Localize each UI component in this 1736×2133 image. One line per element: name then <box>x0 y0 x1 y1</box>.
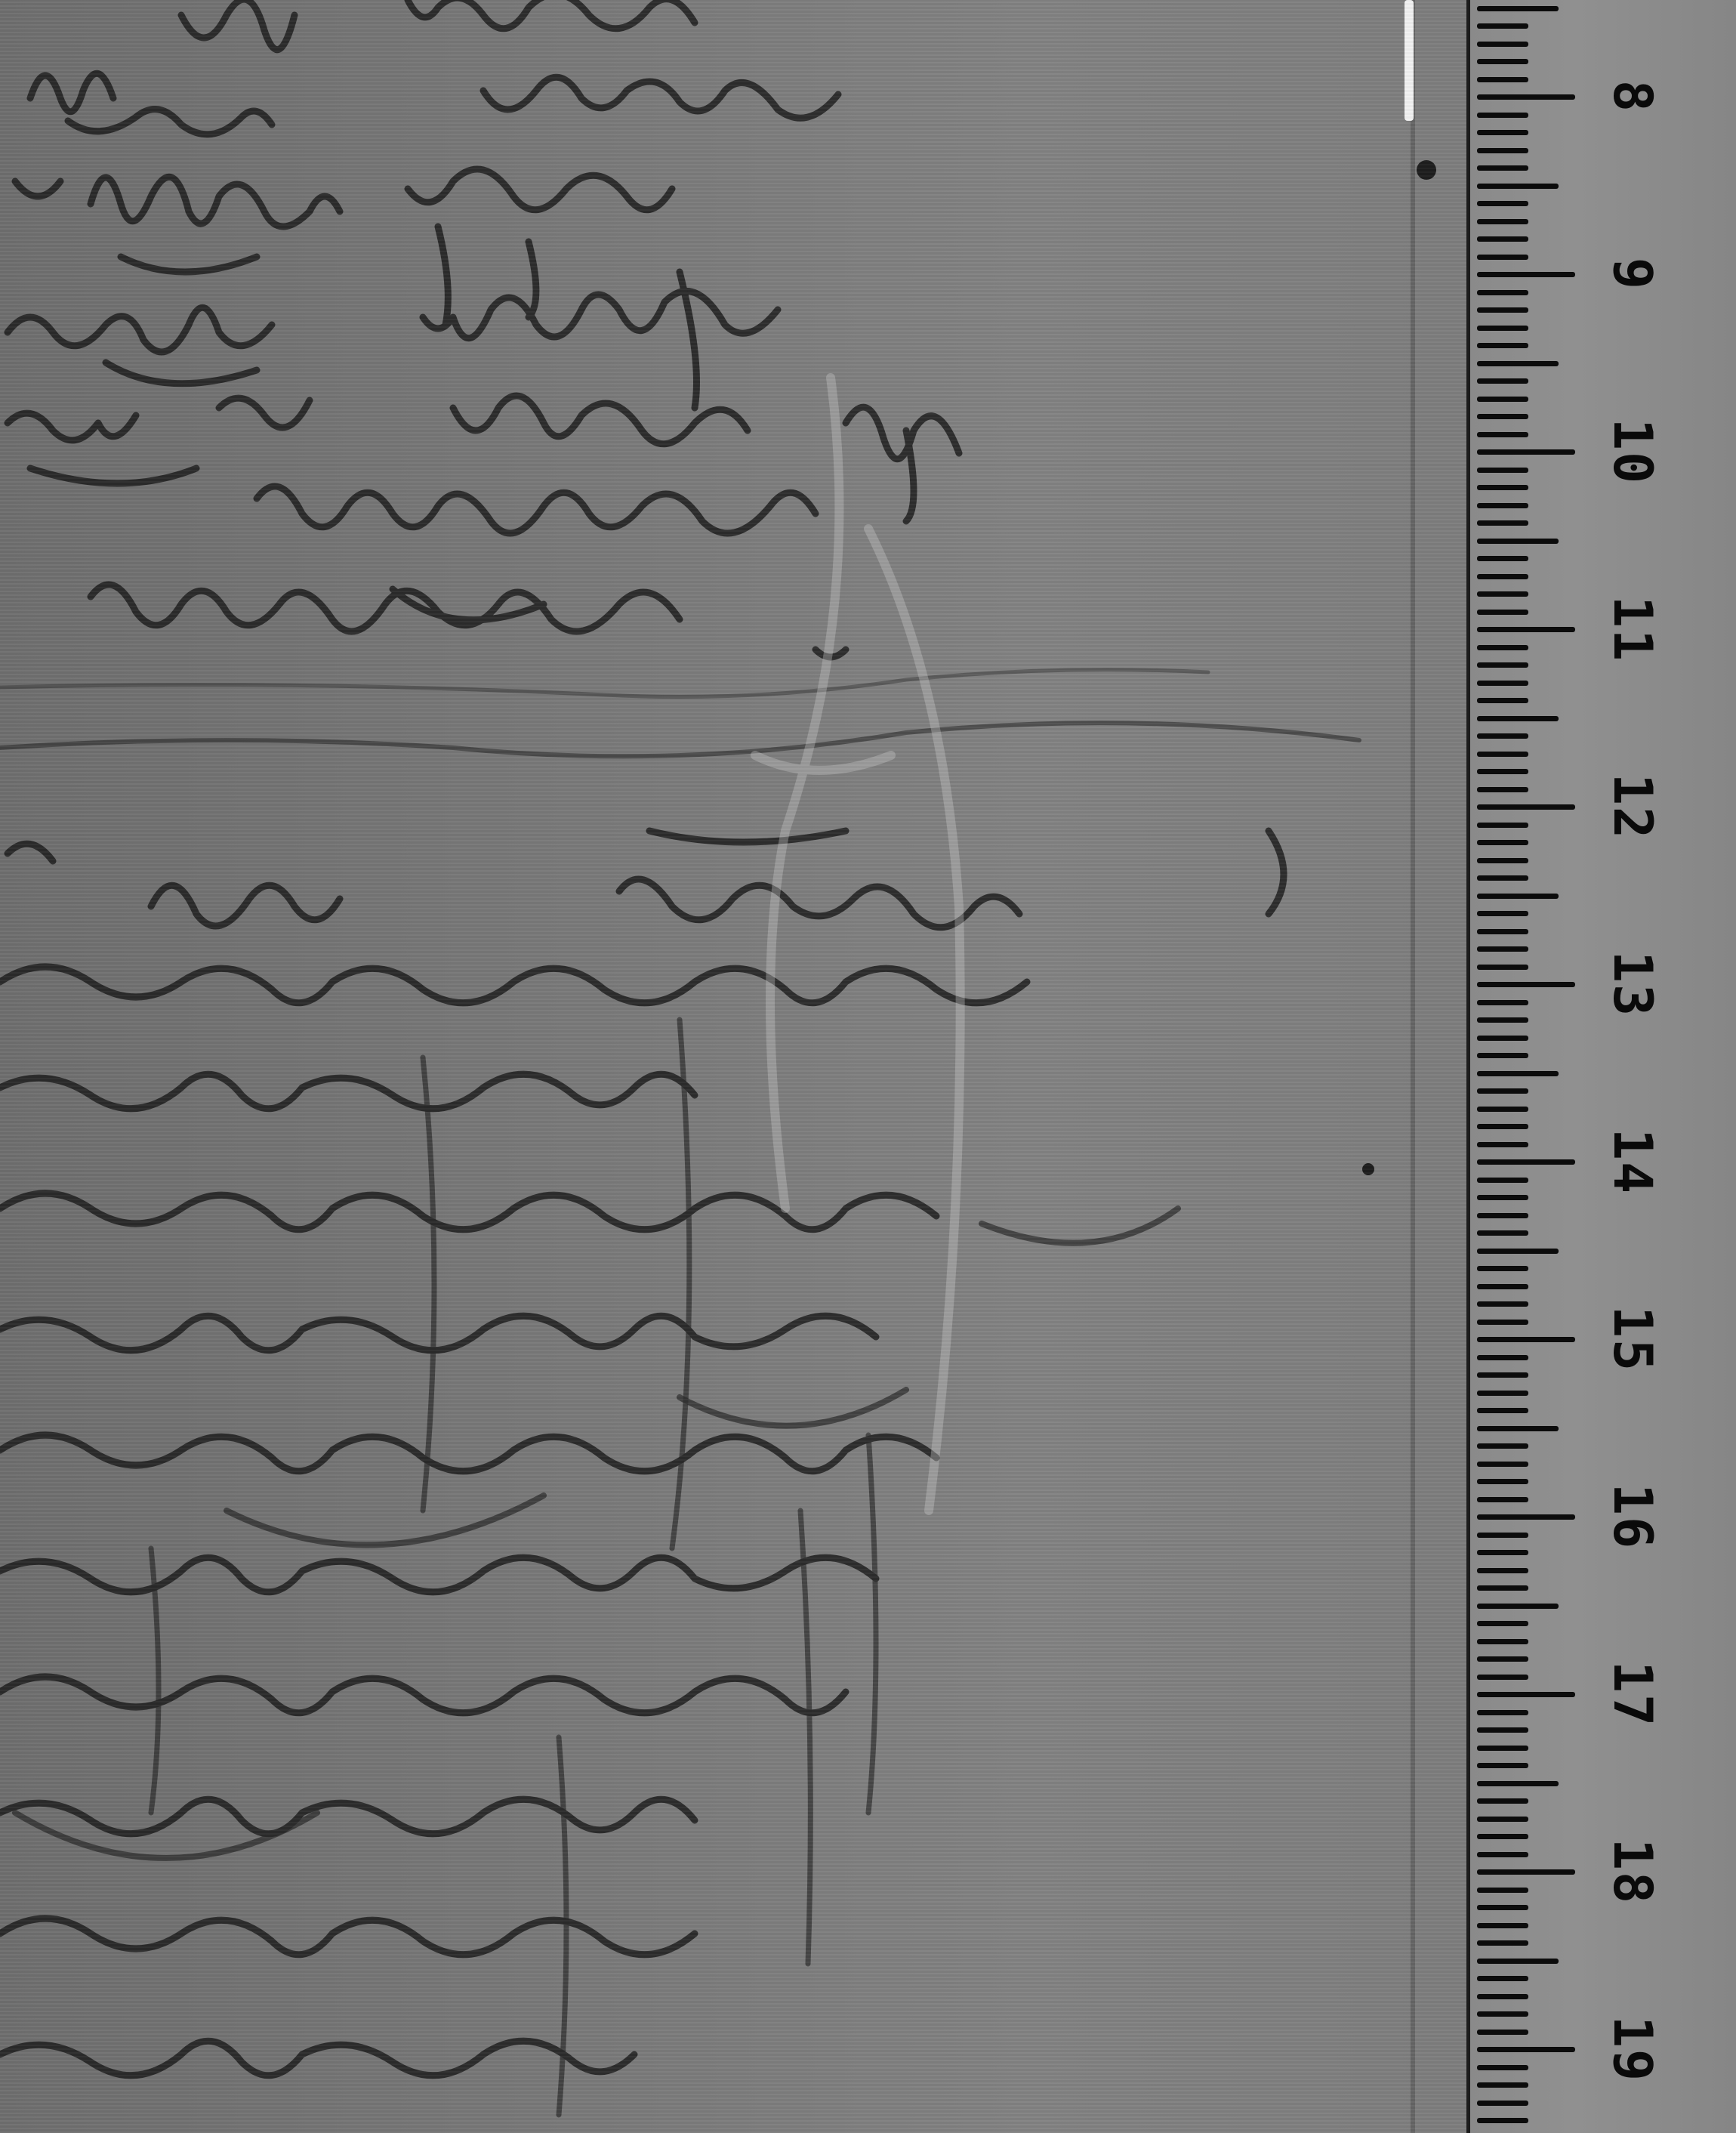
ruler-tick <box>1477 2101 1528 2106</box>
ruler-tick <box>1477 2030 1528 2035</box>
ruler-tick <box>1477 2047 1575 2052</box>
ruler-tick <box>1477 1053 1528 1058</box>
ruler-label: 12 <box>1610 769 1655 844</box>
ruler-label: 9 <box>1610 236 1655 312</box>
ruler-tick <box>1477 520 1528 526</box>
ruler-tick <box>1477 1479 1528 1484</box>
ruler-tick <box>1477 1568 1528 1573</box>
ruler-tick <box>1477 201 1528 206</box>
ruler-tick <box>1477 1195 1528 1200</box>
ruler-tick <box>1477 1213 1528 1218</box>
ruler-label: 16 <box>1610 1479 1655 1554</box>
ruler-tick <box>1477 272 1575 277</box>
ruler-tick <box>1477 94 1575 100</box>
ruler-tick <box>1477 840 1528 845</box>
ruler-tick <box>1477 1533 1528 1538</box>
ruler-tick <box>1477 1462 1528 1467</box>
ruler-tick <box>1477 698 1528 703</box>
ruler-tick <box>1477 946 1528 952</box>
ruler-tick <box>1477 255 1528 260</box>
ruler-tick <box>1477 1301 1528 1307</box>
ruler-tick <box>1477 485 1528 490</box>
ruler-tick <box>1477 1159 1575 1165</box>
ruler-tick <box>1477 219 1528 224</box>
ruler-tick <box>1477 1391 1528 1396</box>
ruler-tick <box>1477 2065 1528 2070</box>
page-crease <box>1411 0 1415 2133</box>
ruler-tick <box>1477 539 1559 544</box>
ruler-tick <box>1477 2011 1528 2017</box>
ruler-tick <box>1477 1834 1528 1839</box>
ruler-tick <box>1477 1124 1528 1129</box>
ruler-tick <box>1477 894 1559 899</box>
ruler-tick <box>1477 42 1528 47</box>
ruler-tick <box>1477 1727 1528 1733</box>
ruler-tick <box>1477 1905 1528 1910</box>
ruler-tick <box>1477 1675 1528 1680</box>
ruler-tick <box>1477 432 1528 437</box>
ruler-tick <box>1477 1230 1528 1236</box>
ruler-tick <box>1477 929 1528 934</box>
ruler-tick <box>1477 1781 1559 1786</box>
ruler-tick <box>1477 184 1559 189</box>
ruler-tick <box>1477 769 1528 774</box>
ruler-label: 17 <box>1610 1656 1655 1732</box>
ruler-tick <box>1477 326 1528 331</box>
ruler-tick <box>1477 681 1528 686</box>
ruler-tick <box>1477 77 1528 82</box>
ruler-tick <box>1477 1817 1528 1822</box>
ruler-tick <box>1477 414 1528 419</box>
ruler-tick <box>1477 1514 1575 1520</box>
ruler-label: 8 <box>1610 59 1655 134</box>
ruler-tick <box>1477 1692 1575 1697</box>
ruler-tick <box>1477 1000 1528 1005</box>
ruler-tick <box>1477 911 1528 916</box>
ruler-label: 19 <box>1610 2011 1655 2087</box>
ruler-tick <box>1477 1585 1528 1591</box>
ruler-label: 15 <box>1610 1301 1655 1377</box>
ruler-tick <box>1477 1107 1528 1112</box>
ruler-tick <box>1477 1337 1575 1342</box>
ruler-tick <box>1477 1284 1528 1289</box>
ruler-tick <box>1477 1888 1528 1893</box>
ruler-tick <box>1477 1923 1528 1928</box>
ruler-tick <box>1477 1443 1528 1449</box>
ruler-tick <box>1477 1142 1528 1147</box>
ruler-tick <box>1477 1088 1528 1094</box>
ruler-label: 10 <box>1610 414 1655 489</box>
ruler-tick <box>1477 610 1528 615</box>
ruler-tick <box>1477 823 1528 828</box>
ruler-tick <box>1477 1266 1528 1271</box>
ruler-label: 18 <box>1610 1834 1655 1909</box>
ruler-tick <box>1477 6 1559 11</box>
ruler-tick <box>1477 290 1528 295</box>
manuscript-page <box>0 0 1466 2133</box>
handwritten-script <box>0 0 1466 2133</box>
ruler-tick <box>1477 1746 1528 1751</box>
ruler-label: 11 <box>1610 591 1655 667</box>
ruler-tick <box>1477 1017 1528 1023</box>
ruler-tick <box>1477 468 1528 473</box>
ruler-edge <box>1466 0 1470 2133</box>
ruler-tick <box>1477 1976 1528 1981</box>
scratch-mark <box>1405 0 1414 121</box>
ruler-tick <box>1477 662 1528 668</box>
measuring-ruler: 8910111213141516171819 <box>1466 0 1736 2133</box>
ruler-tick <box>1477 343 1528 348</box>
ruler-tick <box>1477 397 1528 402</box>
ruler-tick <box>1477 1426 1559 1431</box>
ruler-tick <box>1477 23 1528 29</box>
ruler-label: 13 <box>1610 946 1655 1022</box>
ruler-tick <box>1477 113 1528 118</box>
ruler-tick <box>1477 449 1575 455</box>
ruler-tick <box>1477 858 1528 863</box>
ruler-tick <box>1477 1710 1528 1715</box>
ruler-tick <box>1477 148 1528 153</box>
ruler-tick <box>1477 645 1528 650</box>
ruler-tick <box>1477 59 1528 64</box>
ruler-tick <box>1477 556 1528 561</box>
ruler-tick <box>1477 1355 1528 1360</box>
ruler-tick <box>1477 1869 1575 1875</box>
ruler-tick <box>1477 1408 1528 1413</box>
ruler-tick <box>1477 2082 1528 2088</box>
ruler-tick <box>1477 716 1559 721</box>
ruler-tick <box>1477 1994 1528 1999</box>
ruler-tick <box>1477 1798 1528 1804</box>
ruler-tick <box>1477 787 1528 792</box>
ruler-tick <box>1477 1178 1528 1183</box>
ink-spot <box>1362 1163 1374 1175</box>
ruler-tick <box>1477 1621 1528 1626</box>
ruler-tick <box>1477 875 1528 881</box>
ruler-tick <box>1477 1656 1528 1662</box>
ruler-tick <box>1477 804 1575 810</box>
ruler-tick <box>1477 503 1528 508</box>
ruler-tick <box>1477 1959 1559 1964</box>
ruler-tick <box>1477 1320 1528 1325</box>
ruler-tick <box>1477 1639 1528 1644</box>
ruler-tick <box>1477 165 1528 171</box>
ruler-tick <box>1477 1940 1528 1946</box>
ink-spot <box>1417 160 1436 180</box>
ruler-tick <box>1477 361 1559 366</box>
ruler-tick <box>1477 1763 1528 1768</box>
ruler-label: 14 <box>1610 1124 1655 1199</box>
ruler-tick <box>1477 591 1528 597</box>
ruler-tick <box>1477 627 1575 632</box>
ruler-tick <box>1477 1852 1528 1857</box>
ruler-tick <box>1477 1550 1528 1555</box>
ruler-tick <box>1477 965 1528 970</box>
ruler-tick <box>1477 752 1528 757</box>
ruler-tick <box>1477 982 1575 987</box>
ruler-tick <box>1477 1249 1559 1254</box>
ruler-tick <box>1477 1071 1559 1076</box>
ruler-tick <box>1477 574 1528 579</box>
ruler-tick <box>1477 130 1528 135</box>
ruler-tick <box>1477 1036 1528 1041</box>
ruler-tick <box>1477 1497 1528 1502</box>
ruler-tick <box>1477 307 1528 313</box>
ruler-tick <box>1477 2118 1528 2123</box>
ruler-tick <box>1477 733 1528 739</box>
ruler-tick <box>1477 1372 1528 1378</box>
ruler-tick <box>1477 236 1528 242</box>
ruler-tick <box>1477 378 1528 384</box>
ruler-tick <box>1477 1604 1559 1609</box>
